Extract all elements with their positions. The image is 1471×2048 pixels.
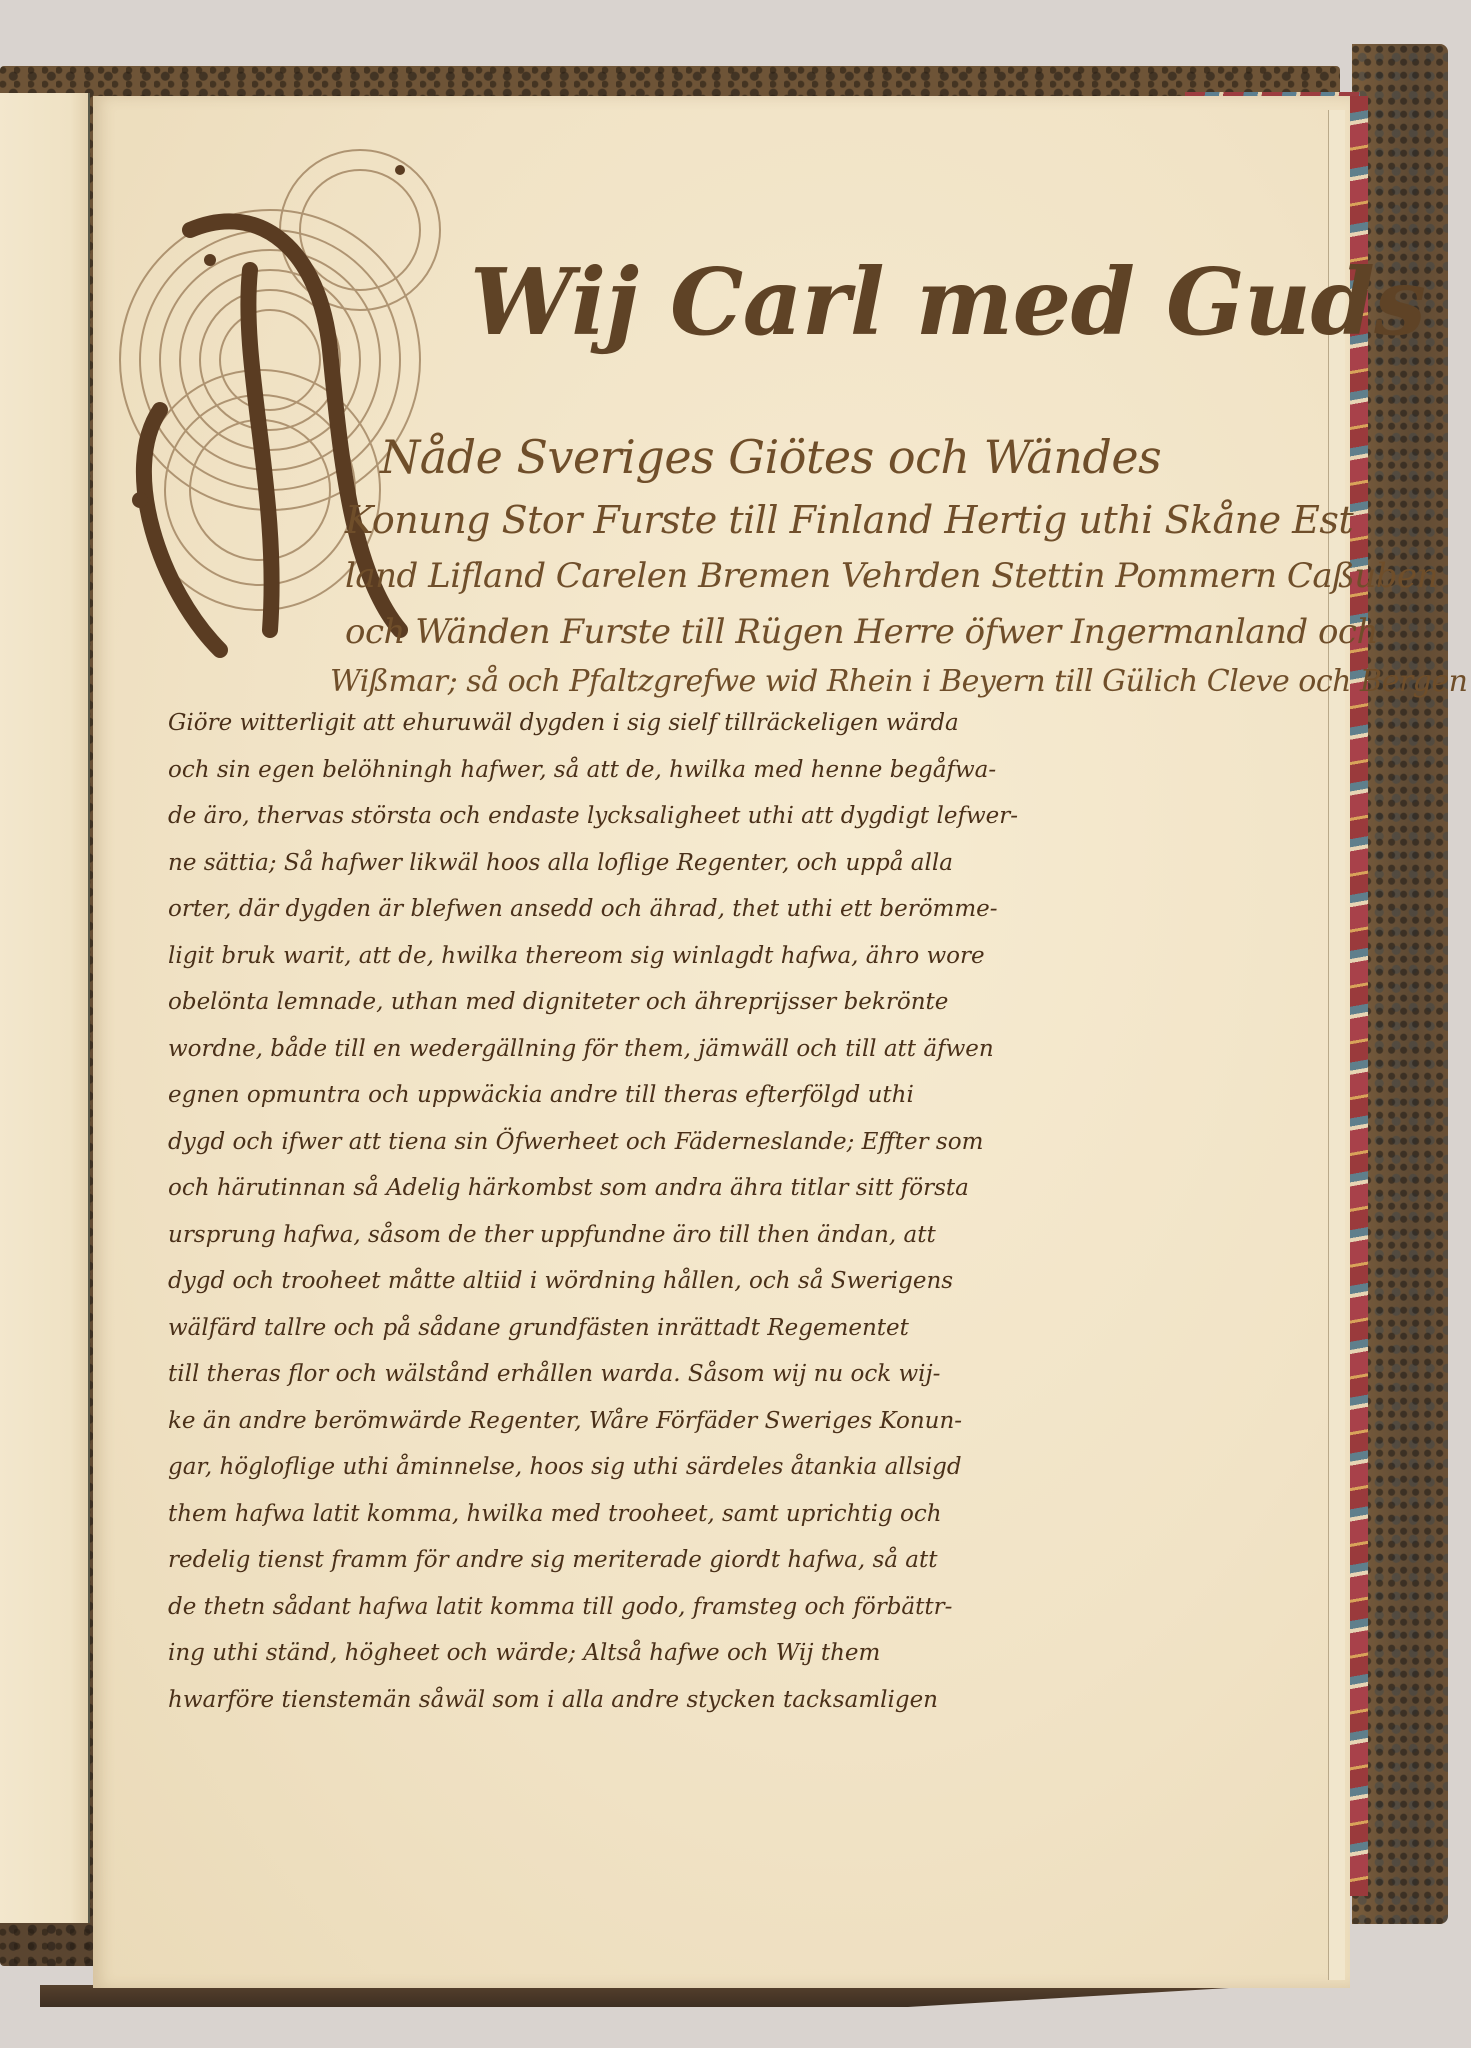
page-fold-edge bbox=[1328, 110, 1345, 1980]
body-line: till theras flor och wälstånd erhållen w… bbox=[168, 1351, 1228, 1398]
body-line: hwarföre tienstemän såwäl som i alla and… bbox=[168, 1677, 1228, 1724]
body-line: och härutinnan så Adelig härkombst som a… bbox=[168, 1165, 1228, 1212]
body-line: obelönta lemnade, uthan med digniteter o… bbox=[168, 979, 1228, 1026]
body-line: wälfärd tallre och på sådane grundfästen… bbox=[168, 1305, 1228, 1352]
manuscript-body: Giöre witterligit att ehuruwäl dygden i … bbox=[168, 700, 1228, 1723]
body-line: them hafwa latit komma, hwilka med trooh… bbox=[168, 1491, 1228, 1538]
body-line: ursprung hafwa, såsom de ther uppfundne … bbox=[168, 1212, 1228, 1259]
heading-initial-line: Wij Carl med Guds bbox=[470, 248, 1426, 356]
body-line: egnen opmuntra och uppwäckia andre till … bbox=[168, 1072, 1228, 1119]
body-line: redelig tienst framm för andre sig merit… bbox=[168, 1537, 1228, 1584]
facing-page bbox=[0, 93, 90, 1923]
body-line: ing uthi ständ, högheet och wärde; Altså… bbox=[168, 1630, 1228, 1677]
body-line: ligit bruk warit, att de, hwilka thereom… bbox=[168, 933, 1228, 980]
body-line: dygd och ifwer att tiena sin Öfwerheet o… bbox=[168, 1119, 1228, 1166]
heading-line-4: och Wänden Furste till Rügen Herre öfwer… bbox=[345, 612, 1378, 652]
body-line: de äro, thervas största och endaste lyck… bbox=[168, 793, 1228, 840]
body-line: ke än andre berömwärde Regenter, Wåre Fö… bbox=[168, 1398, 1228, 1445]
heading-line-1: Nåde Sveriges Giötes och Wändes bbox=[380, 430, 1161, 484]
heading-line-5: Wißmar; så och Pfaltzgrefwe wid Rhein i … bbox=[330, 664, 1471, 699]
body-line: dygd och trooheet måtte altiid i wördnin… bbox=[168, 1258, 1228, 1305]
body-line: gar, högloflige uthi åminnelse, hoos sig… bbox=[168, 1444, 1228, 1491]
heading-line-3: land Lifland Carelen Bremen Vehrden Stet… bbox=[345, 556, 1438, 596]
body-line: Giöre witterligit att ehuruwäl dygden i … bbox=[168, 700, 1228, 747]
ornamental-initial-w-icon bbox=[100, 110, 460, 690]
body-line: orter, där dygden är blefwen ansedd och … bbox=[168, 886, 1228, 933]
body-line: ne sättia; Så hafwer likwäl hoos alla lo… bbox=[168, 840, 1228, 887]
body-line: de thetn sådant hafwa latit komma till g… bbox=[168, 1584, 1228, 1631]
cover-bottom-edge bbox=[40, 1985, 1280, 2007]
heading-line-2: Konung Stor Furste till Finland Hertig u… bbox=[345, 498, 1353, 542]
body-line: wordne, både till en wedergällning för t… bbox=[168, 1026, 1228, 1073]
body-line: och sin egen belöhningh hafwer, så att d… bbox=[168, 747, 1228, 794]
